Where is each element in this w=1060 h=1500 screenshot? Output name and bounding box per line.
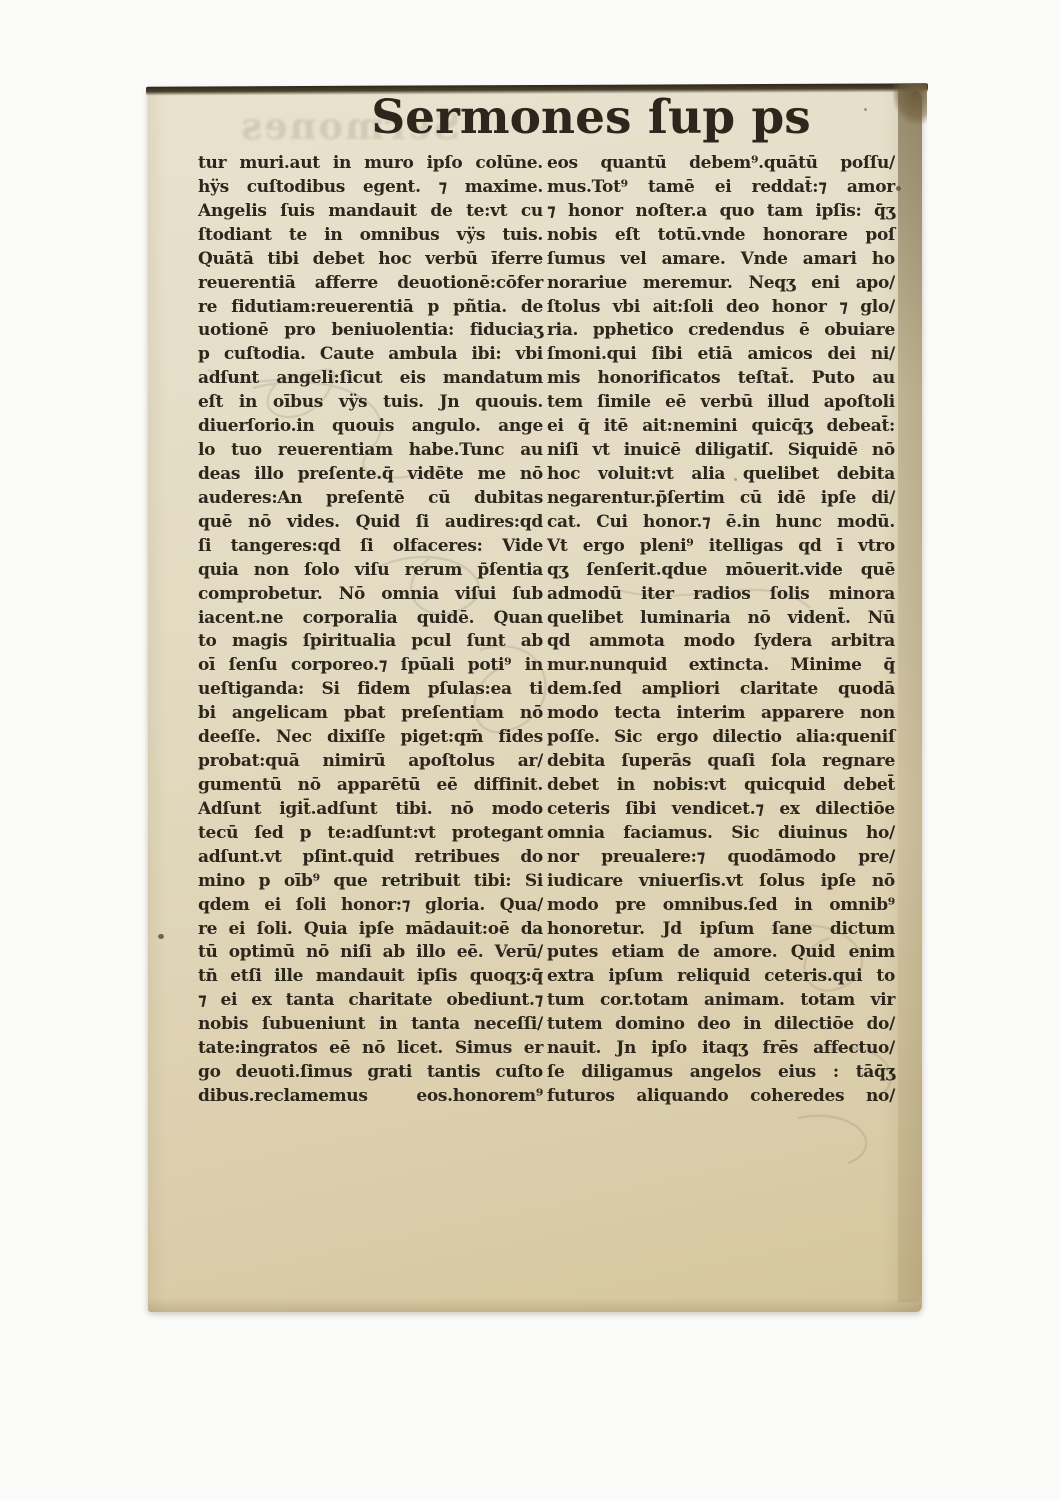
text-line: godeuoti.ſimusgratitantiscuſto bbox=[198, 1061, 543, 1085]
text-line: ſmoni.quiſibietiāamicosdeini/ bbox=[547, 343, 895, 367]
text-line: modopreomnibus.ſedinomnib⁹ bbox=[547, 894, 895, 918]
text-line: auderes:Anpreſentēcūdubitas bbox=[198, 487, 543, 511]
text-line: niſivtinuicēdiligatiſ.Siquidēnō bbox=[547, 439, 895, 463]
text-line: debitaſuperāsquaſiſolaregnare bbox=[547, 750, 895, 774]
paper-speck bbox=[734, 478, 737, 481]
scan-canvas: Sermones Sermones ſup ps turmuri.autinmu… bbox=[0, 0, 1060, 1500]
text-line: tecūſedpte:adſunt:vtprotegant bbox=[198, 822, 543, 846]
text-line: hocvoluit:vtaliaquelibetdebita bbox=[547, 463, 895, 487]
text-line: debetinnobis:vtquicquiddebet̄ bbox=[547, 774, 895, 798]
text-line: probat:quānimirūapoſtolusar/ bbox=[198, 750, 543, 774]
text-line: ⁊eiextantacharitateobediunt.⁊ bbox=[198, 989, 543, 1013]
text-line: ſediligamusangeloseius:tāq̄ʒ bbox=[547, 1061, 895, 1085]
text-line: nobisſubueniuntintantaneceſſi/ bbox=[198, 1013, 543, 1037]
text-line: norariuemeremur.Neqʒeniapo/ bbox=[547, 272, 895, 296]
text-line: reuerentiāafferredeuotionē:cōfer bbox=[198, 272, 543, 296]
text-line: Quātātibidebethocverbūīferre bbox=[198, 248, 543, 272]
text-line: uotionēprobeniuolentia:fiduciaʒ bbox=[198, 319, 543, 343]
text-line: tutemdominodeoindilectiōedo/ bbox=[547, 1013, 895, 1037]
text-line: hÿscuſtodibusegent.⁊maxime. bbox=[198, 176, 543, 200]
text-line: mur.nunquidextincta.Minimeq̄ bbox=[547, 654, 895, 678]
text-line: quianonſoloviſurerump̄ſentia bbox=[198, 559, 543, 583]
text-line: deeſſe.Necdixiſſepiget:qm̄fides bbox=[198, 726, 543, 750]
text-line: iacent.necorporaliaquidē.Quan bbox=[198, 607, 543, 631]
running-title: Sermones ſup ps bbox=[148, 90, 922, 145]
text-line: reeiſoli.Quiaipſemādauit:oēda bbox=[198, 918, 543, 942]
text-line: lotuoreuerentiamhabe.Tuncau bbox=[198, 439, 543, 463]
text-line: qdammotamodoſyderaarbitra bbox=[547, 630, 895, 654]
text-line: qʒſenſerit.qduemōuerit.videquē bbox=[547, 559, 895, 583]
text-column-right: eosquantūdebem⁹.quātūpoſſu/mus.Tot⁹tamēe… bbox=[547, 152, 895, 1109]
text-line: diuerſorio.inquouisangulo.ange bbox=[198, 415, 543, 439]
text-line: iudicarevniuerſis.vtſolusipſenō bbox=[547, 870, 895, 894]
text-line: minopoīb⁹queretribuittibi:Si bbox=[198, 870, 543, 894]
text-line: honoretur.Jdipſumſanedictum bbox=[547, 918, 895, 942]
text-line: ria.ppheticocredendusēobuiare bbox=[547, 319, 895, 343]
text-line: futurosaliquandocoheredesno/ bbox=[547, 1085, 895, 1109]
text-line: tomagisſpiritualiapculſuntab bbox=[198, 630, 543, 654]
text-line: putesetiamdeamore.Quidenim bbox=[547, 941, 895, 965]
text-line: turmuri.autinmuroipſocolūne. bbox=[198, 152, 543, 176]
text-line: Adſuntigit̄.adſunttibi.nōmodo bbox=[198, 798, 543, 822]
text-line: eiq̄itēait:neminiquicq̄ʒdebeat̄: bbox=[547, 415, 895, 439]
text-line: Angelisſuismandauitdete:vtcu bbox=[198, 200, 543, 224]
text-line: norpreualere:⁊quodāmodopre/ bbox=[547, 846, 895, 870]
text-line: eosquantūdebem⁹.quātūpoſſu/ bbox=[547, 152, 895, 176]
paper-speck bbox=[864, 108, 867, 111]
text-line: tumcor.totamanimam.totamvir bbox=[547, 989, 895, 1013]
text-line: poſſe.Sicergodilectioalia:queniſ bbox=[547, 726, 895, 750]
text-line: temſimileeēverbūilludapoſtoli bbox=[547, 391, 895, 415]
text-line: tn̄etſiillemandauitipſisquoqʒ:q̄ bbox=[198, 965, 543, 989]
text-line: cat.Cuihonor.⁊ē.inhuncmodū. bbox=[547, 511, 895, 535]
page-bottom-shade bbox=[148, 1298, 922, 1312]
text-line: gumentūnōapparētūeēdiffinit. bbox=[198, 774, 543, 798]
text-line: nobiseſttotū.vndehonorarepoſ bbox=[547, 224, 895, 248]
text-line: comprobetur.Nōomniaviſuiſub bbox=[198, 583, 543, 607]
page-fore-edge bbox=[898, 90, 922, 1302]
text-line: ſtodiantteinomnibusvÿstuis. bbox=[198, 224, 543, 248]
book-page: Sermones Sermones ſup ps turmuri.autinmu… bbox=[148, 88, 922, 1312]
paper-speck bbox=[158, 934, 164, 939]
text-line: mus.Tot⁹tamēeireddat̄:⁊amor bbox=[547, 176, 895, 200]
text-line: adſunt.vtpſint.quidretribuesdo bbox=[198, 846, 543, 870]
text-line: dibus.reclamemuseos.honorem⁹ bbox=[198, 1085, 543, 1109]
text-line: adſuntangeli:ſicuteismandatum bbox=[198, 367, 543, 391]
text-line: ſtolusvbiait:ſolideohonor⁊glo/ bbox=[547, 296, 895, 320]
text-line: negarentur.p̄ſertimcūidēipſedi/ bbox=[547, 487, 895, 511]
text-line: ceterisſibivendicet.⁊exdilectiōe bbox=[547, 798, 895, 822]
text-line: ueſtiganda:Sifidempſulas:eati bbox=[198, 678, 543, 702]
text-line: biangelicampbatpreſentiamnō bbox=[198, 702, 543, 726]
text-line: dem.ſedamplioriclaritatequodā bbox=[547, 678, 895, 702]
text-line: omniafaciamus.Sicdiuinusho/ bbox=[547, 822, 895, 846]
text-column-left: turmuri.autinmuroipſocolūne.hÿscuſtodibu… bbox=[198, 152, 543, 1109]
text-line: quēnōvides.Quidſiaudires:qd bbox=[198, 511, 543, 535]
text-line: admodūiterradiosſolisminora bbox=[547, 583, 895, 607]
text-line: mishonorificatosteſtat̄.Putoau bbox=[547, 367, 895, 391]
text-line: extraipſumreliquidceteris.quito bbox=[547, 965, 895, 989]
text-line: ⁊honornoſter.aquotamipſis:q̄ʒ bbox=[547, 200, 895, 224]
text-line: refidutiam:reuerentiāppñtia.de bbox=[198, 296, 543, 320]
text-line: tūoptimūnōniſiabilloeē.Verū/ bbox=[198, 941, 543, 965]
text-line: oīſenſucorporeo.⁊ſpūalipoti⁹in bbox=[198, 654, 543, 678]
text-line: qdemeiſolihonor:⁊gloria.Qua/ bbox=[198, 894, 543, 918]
text-line: eſtinoībusvÿstuis.Jnquouis. bbox=[198, 391, 543, 415]
text-line: nauit.Jnipſoitaqʒfrēsaffectuo/ bbox=[547, 1037, 895, 1061]
text-line: deasillopreſente.q̄vidētemenō bbox=[198, 463, 543, 487]
text-line: pcuſtodia.Cauteambulaibi:vbi bbox=[198, 343, 543, 367]
text-line: ſitangeres:qdſiolfaceres:Vide bbox=[198, 535, 543, 559]
text-line: modotectainterimapparerenon bbox=[547, 702, 895, 726]
text-line: Vtergopleni⁹itelligasqdīvtro bbox=[547, 535, 895, 559]
text-line: tate:ingratoseēnōlicet.Simuser bbox=[198, 1037, 543, 1061]
text-line: quelibetluminarianōvident̄.Nū bbox=[547, 607, 895, 631]
paper-speck bbox=[896, 186, 901, 191]
text-line: ſumusvelamare.Vndeamariho bbox=[547, 248, 895, 272]
